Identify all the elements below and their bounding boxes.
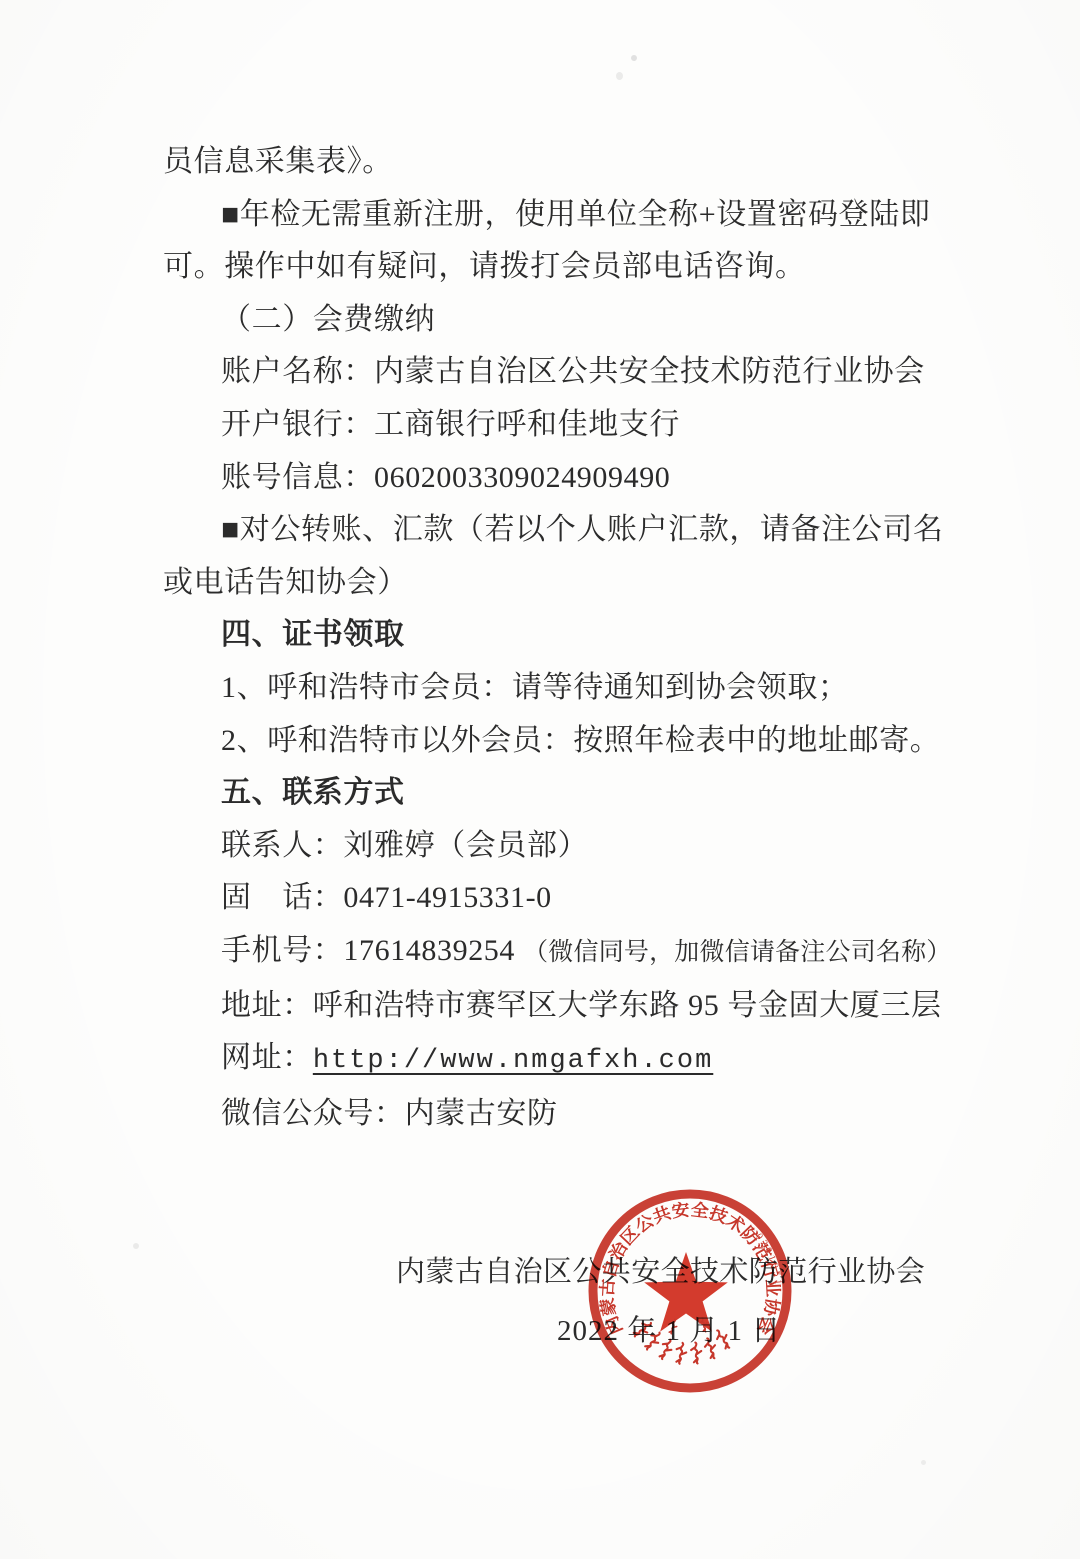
official-red-seal: 内蒙古自治区公共安全技术防范行业协会 0201051 bbox=[578, 1180, 802, 1404]
doc-line-wechat: 微信公众号：内蒙古安防 bbox=[163, 1088, 953, 1141]
doc-line: 1、呼和浩特市会员：请等待通知到协会领取； bbox=[163, 662, 953, 715]
doc-heading-contact: 五、联系方式 bbox=[163, 767, 953, 820]
seal-star-icon bbox=[644, 1252, 728, 1332]
doc-line-address: 地址：呼和浩特市赛罕区大学东路 95 号金固大厦三层 bbox=[163, 980, 953, 1033]
doc-line: ■年检无需重新注册，使用单位全称+设置密码登陆即 bbox=[163, 189, 953, 242]
doc-line-mobile: 手机号：17614839254 （微信同号，加微信请备注公司名称） bbox=[163, 925, 953, 980]
scanned-document-page: 员信息采集表》。 ■年检无需重新注册，使用单位全称+设置密码登陆即 可。操作中如… bbox=[0, 0, 1080, 1559]
mobile-note: （微信同号，加微信请备注公司名称） bbox=[523, 939, 951, 966]
website-label: 网址： bbox=[221, 1041, 313, 1074]
website-url: http://www.nmgafxh.com bbox=[313, 1046, 713, 1076]
mobile-number: 手机号：17614839254 bbox=[221, 934, 523, 967]
doc-line: 可。操作中如有疑问，请拨打会员部电话咨询。 bbox=[163, 241, 953, 294]
doc-line-account-name: 账户名称：内蒙古自治区公共安全技术防范行业协会 bbox=[163, 346, 953, 399]
doc-line: 或电话告知协会） bbox=[163, 557, 953, 610]
doc-heading-certificates: 四、证书领取 bbox=[163, 609, 953, 662]
doc-line-account-number: 账号信息：0602003309024909490 bbox=[163, 452, 953, 505]
seal-mongolian-script-decoration bbox=[632, 1317, 734, 1365]
scan-speck bbox=[631, 55, 637, 61]
document-body: 员信息采集表》。 ■年检无需重新注册，使用单位全称+设置密码登陆即 可。操作中如… bbox=[163, 136, 953, 1140]
doc-line-website: 网址：http://www.nmgafxh.com bbox=[163, 1032, 953, 1088]
doc-subheading: （二）会费缴纳 bbox=[163, 294, 953, 347]
doc-line: 2、呼和浩特市以外会员：按照年检表中的地址邮寄。 bbox=[163, 715, 953, 768]
doc-line-contact-person: 联系人：刘雅婷（会员部） bbox=[163, 820, 953, 873]
scan-speck bbox=[133, 1243, 139, 1249]
doc-line-landline: 固 话：0471-4915331-0 bbox=[163, 872, 953, 925]
doc-line: ■对公转账、汇款（若以个人账户汇款，请备注公司名 bbox=[163, 504, 953, 557]
doc-line: 员信息采集表》。 bbox=[163, 136, 953, 189]
doc-line-bank: 开户银行：工商银行呼和佳地支行 bbox=[163, 399, 953, 452]
scan-speck bbox=[616, 72, 623, 80]
scan-speck bbox=[921, 1460, 926, 1465]
